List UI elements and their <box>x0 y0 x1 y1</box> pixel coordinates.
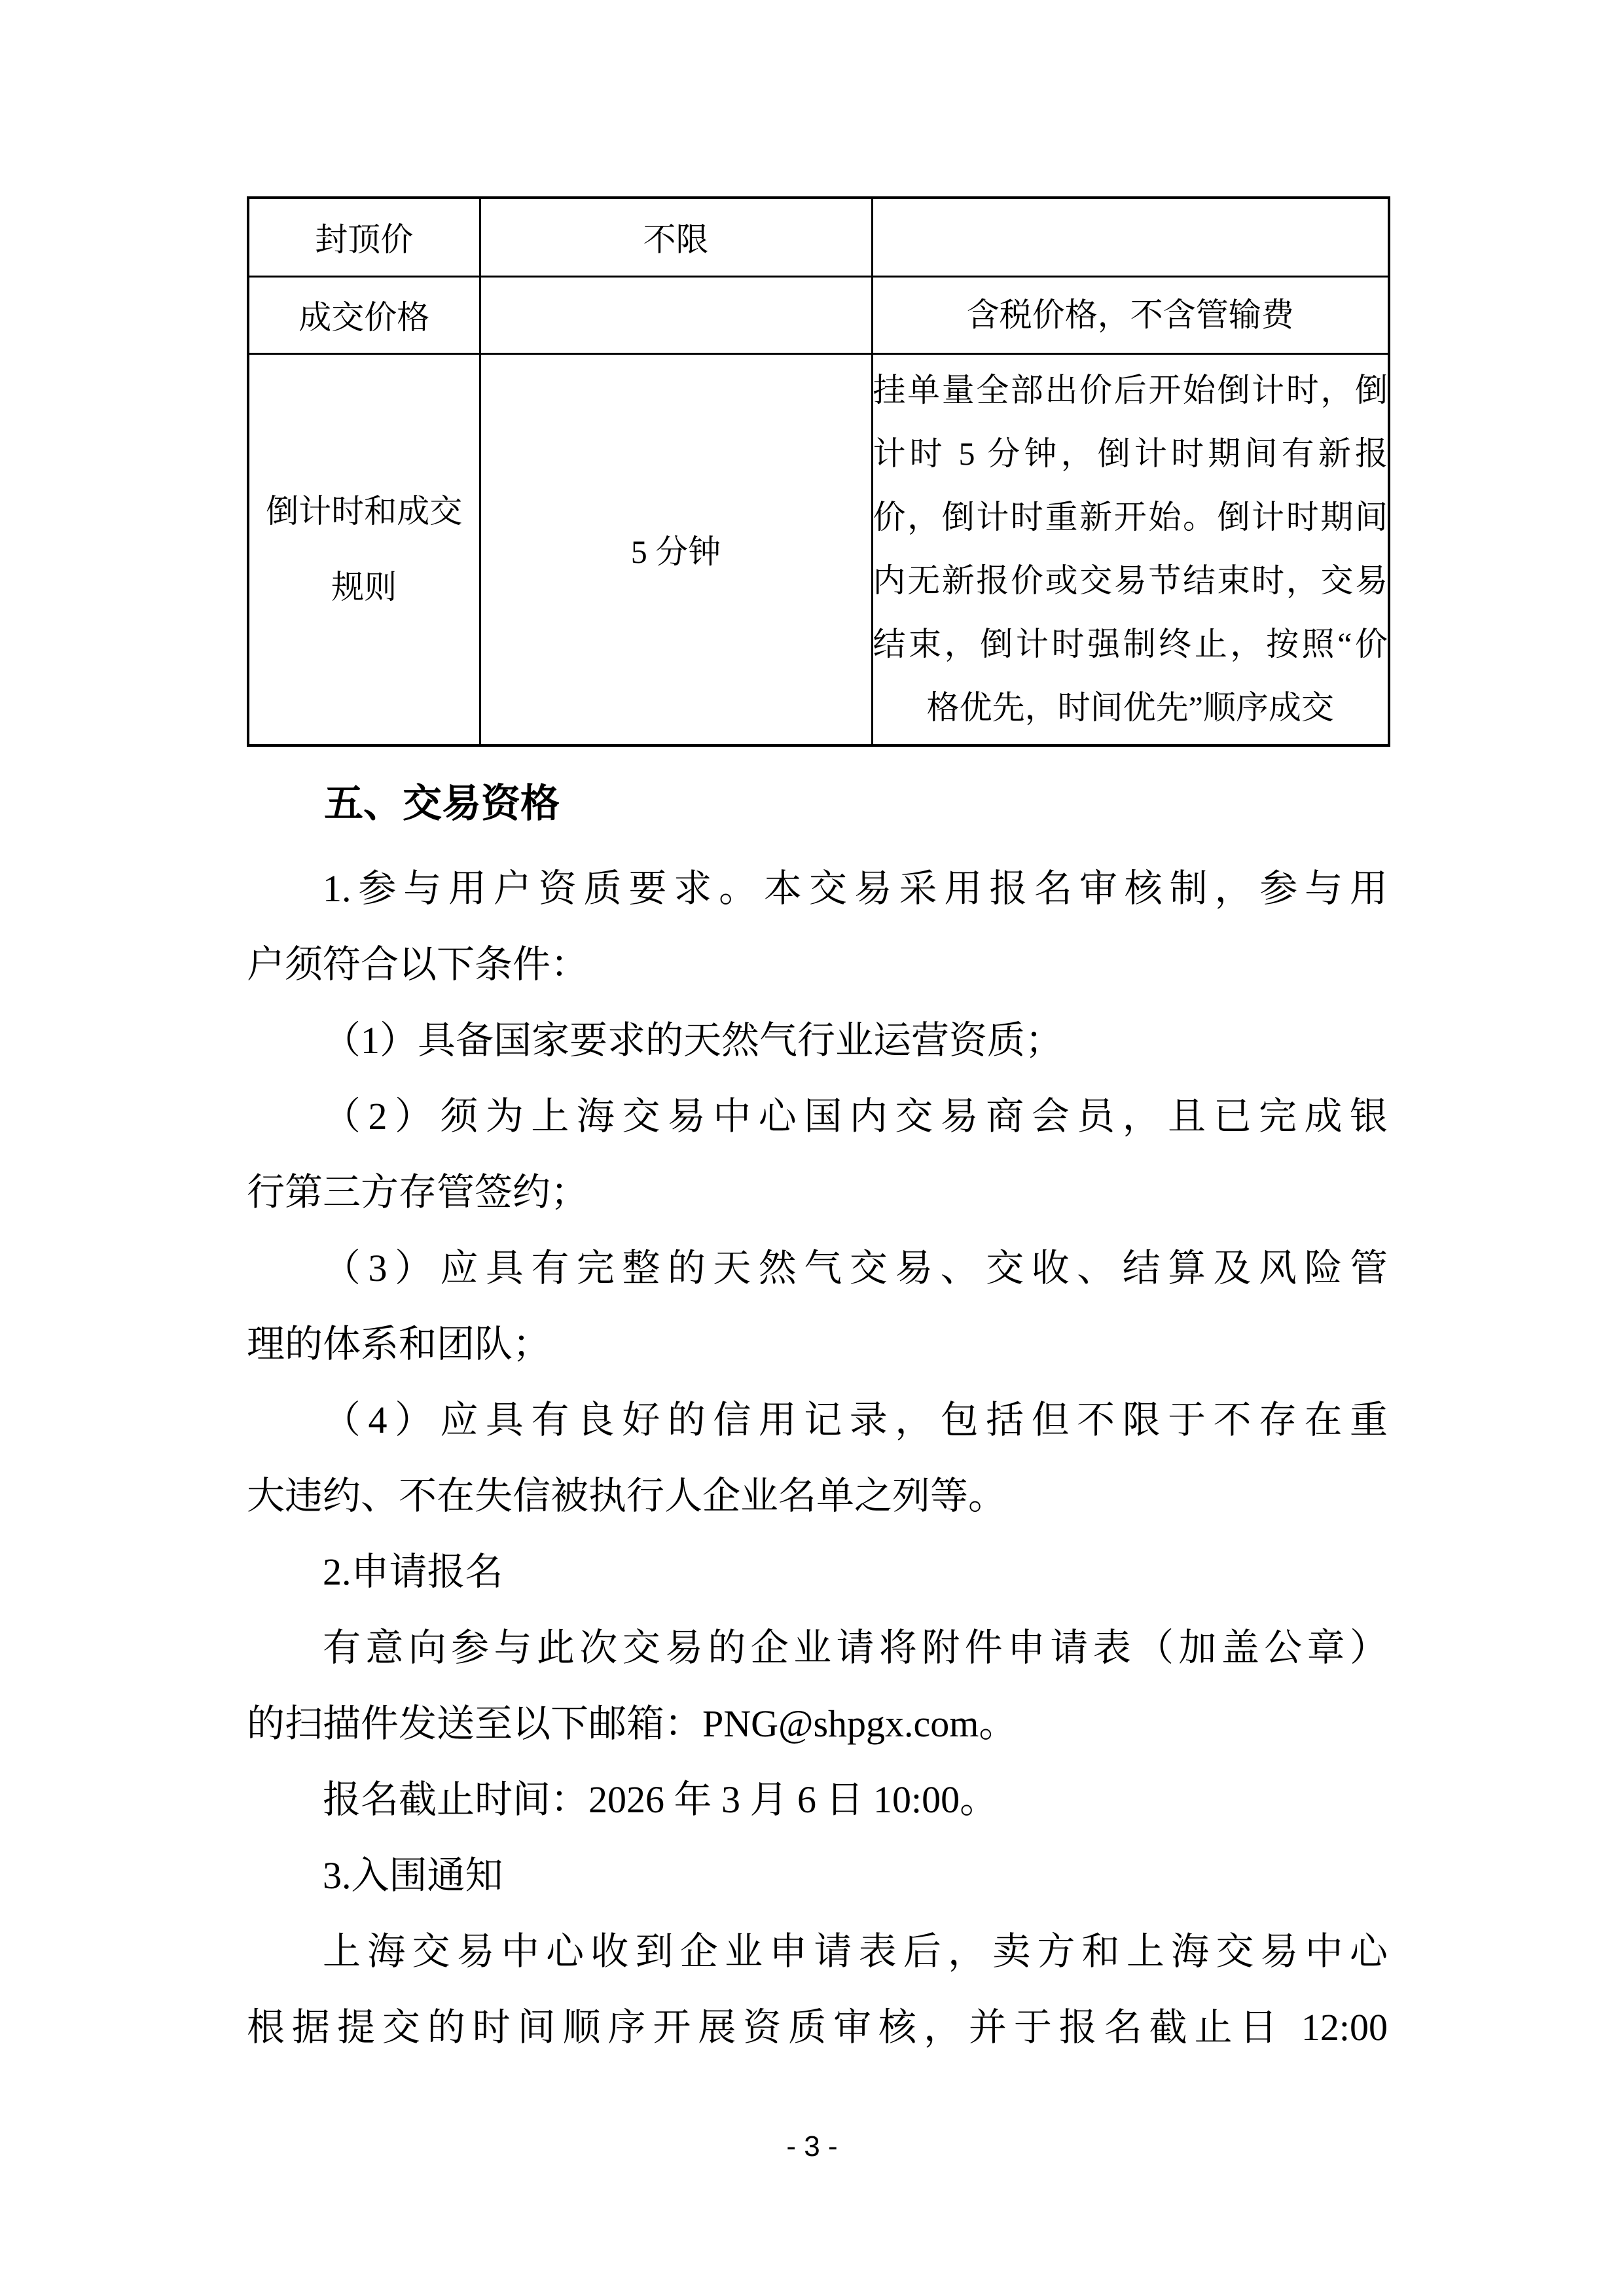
body-line: 上海交易中心收到企业申请表后，卖方和上海交易中心 <box>247 1914 1388 1990</box>
note-line: 结束，倒计时强制终止，按照“价 <box>873 613 1388 676</box>
body-line: 2.申请报名 <box>247 1534 1388 1610</box>
body-line: 行第三方存管签约； <box>247 1155 1388 1230</box>
body-line: 户须符合以下条件： <box>247 927 1388 1003</box>
body-line: 理的体系和团队； <box>247 1306 1388 1382</box>
countdown-rule-value: 5 分钟 <box>480 353 872 745</box>
body-line: 报名截止时间：2026 年 3 月 6 日 10:00。 <box>247 1762 1388 1838</box>
cap-price-label: 封顶价 <box>248 198 480 276</box>
body-line: 的扫描件发送至以下邮箱：PNG@shpgx.com。 <box>247 1686 1388 1762</box>
section-heading: 五、交易资格 <box>247 765 1388 842</box>
table-row-countdown-rule: 倒计时和成交 规则 5 分钟 挂单量全部出价后开始倒计时，倒 计时 5 分钟，倒… <box>248 353 1389 745</box>
countdown-rule-label-line: 倒计时和成交 <box>249 473 479 549</box>
cap-price-note <box>872 198 1389 276</box>
body-line: 大违约、不在失信被执行人企业名单之列等。 <box>247 1458 1388 1534</box>
page-number: - 3 - <box>786 2130 837 2162</box>
deal-price-note: 含税价格，不含管输费 <box>872 276 1389 353</box>
body-line: 有意向参与此次交易的企业请将附件申请表（加盖公章） <box>247 1610 1388 1686</box>
table-row-deal-price: 成交价格 含税价格，不含管输费 <box>248 276 1389 353</box>
body-line: （2）须为上海交易中心国内交易商会员，且已完成银 <box>247 1079 1388 1155</box>
cap-price-value: 不限 <box>480 198 872 276</box>
note-line: 价，倒计时重新开始。倒计时期间 <box>873 486 1388 549</box>
body-line: 3.入围通知 <box>247 1838 1388 1914</box>
countdown-rule-label-line: 规则 <box>249 549 479 625</box>
body-paragraph-lines: 1.参与用户资质要求。本交易采用报名审核制，参与用 户须符合以下条件： （1）具… <box>247 851 1388 2066</box>
trading-spec-table: 封顶价 不限 成交价格 含税价格，不含管输费 倒计时和成交 规则 5 分钟 挂单… <box>247 196 1390 747</box>
note-line: 挂单量全部出价后开始倒计时，倒 <box>873 359 1388 422</box>
table-row-cap-price: 封顶价 不限 <box>248 198 1389 276</box>
deal-price-note-text: 含税价格，不含管输费 <box>873 283 1388 347</box>
body-line: 1.参与用户资质要求。本交易采用报名审核制，参与用 <box>247 851 1388 927</box>
deal-price-value <box>480 276 872 353</box>
countdown-rule-note: 挂单量全部出价后开始倒计时，倒 计时 5 分钟，倒计时期间有新报 价，倒计时重新… <box>872 353 1389 745</box>
body-line: 根据提交的时间顺序开展资质审核，并于报名截止日 12:00 <box>247 1990 1388 2066</box>
deal-price-label: 成交价格 <box>248 276 480 353</box>
note-line: 内无新报价或交易节结束时，交易 <box>873 549 1388 613</box>
document-page: 封顶价 不限 成交价格 含税价格，不含管输费 倒计时和成交 规则 5 分钟 挂单… <box>0 0 1624 2296</box>
countdown-rule-label: 倒计时和成交 规则 <box>248 353 480 745</box>
note-line: 计时 5 分钟，倒计时期间有新报 <box>873 422 1388 486</box>
body-line: （4）应具有良好的信用记录，包括但不限于不存在重 <box>247 1382 1388 1458</box>
note-line: 格优先，时间优先”顺序成交 <box>873 676 1388 740</box>
body-line: （1）具备国家要求的天然气行业运营资质； <box>247 1003 1388 1079</box>
body-content: 五、交易资格 1.参与用户资质要求。本交易采用报名审核制，参与用 户须符合以下条… <box>247 744 1388 2066</box>
page-footer: - 3 - <box>0 2119 1624 2174</box>
body-line: （3）应具有完整的天然气交易、交收、结算及风险管 <box>247 1230 1388 1306</box>
